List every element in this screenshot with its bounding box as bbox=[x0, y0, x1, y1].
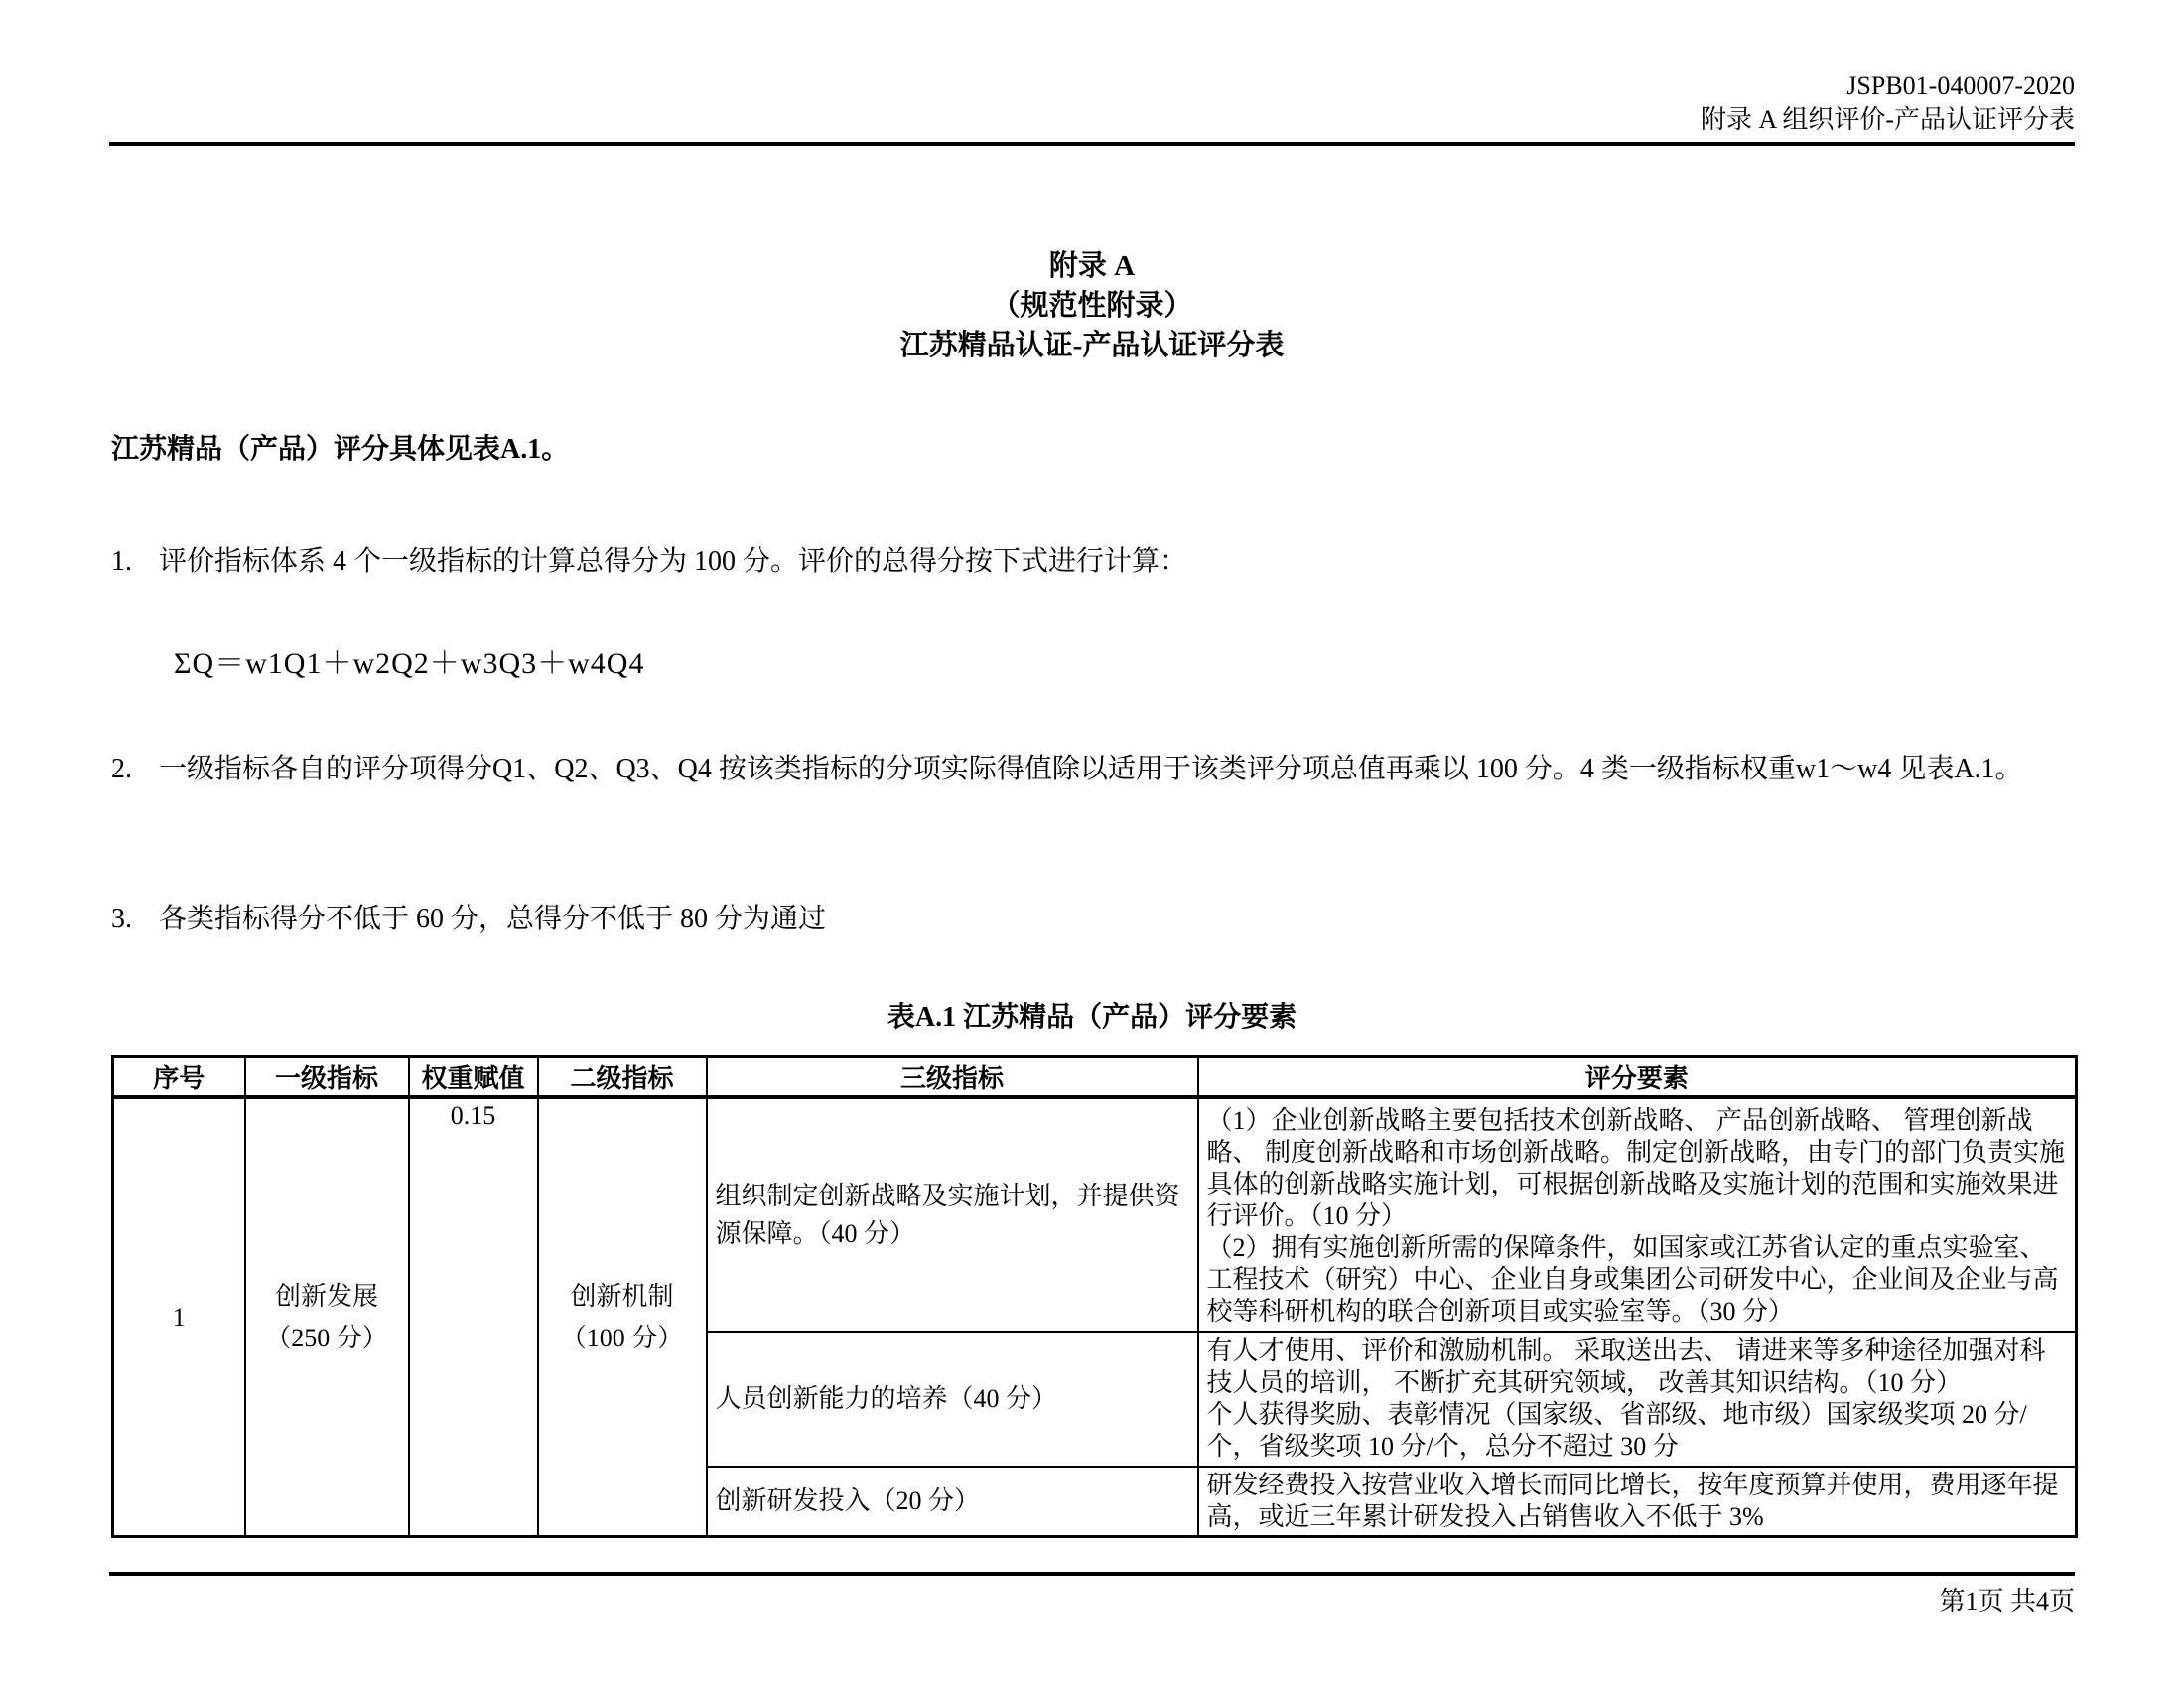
list-item-1: 1. 评价指标体系 4 个一级指标的计算总得分为 100 分。评价的总得分按下式… bbox=[111, 539, 2077, 584]
list-item-number: 2. bbox=[111, 747, 159, 791]
appendix-label: 附录 A bbox=[0, 246, 2184, 286]
list-item-3: 3. 各类指标得分不低于 60 分，总得分不低于 80 分为通过 bbox=[111, 897, 2077, 941]
cell-criteria-2: 有人才使用、评价和激励机制。 采取送出去、 请进来等多种途径加强对科技人员的培训… bbox=[1198, 1332, 2077, 1467]
table-header-row: 序号 一级指标 权重赋值 二级指标 三级指标 评分要素 bbox=[113, 1057, 2077, 1098]
cell-criteria-3: 研发经费投入按营业收入增长而同比增长，按年度预算并使用，费用逐年提高，或近三年累… bbox=[1198, 1467, 2077, 1537]
score-formula: ΣQ＝w1Q1＋w2Q2＋w3Q3＋w4Q4 bbox=[174, 638, 644, 682]
cell-level2-indicator: 创新机制 （100 分） bbox=[538, 1097, 707, 1537]
col-header-level2: 二级指标 bbox=[538, 1057, 707, 1098]
col-header-level3: 三级指标 bbox=[707, 1057, 1198, 1098]
doc-code: JSPB01-040007-2020 bbox=[1701, 70, 2075, 103]
cell-level3-indicator-1: 组织制定创新战略及实施计划，并提供资源保障。（40 分） bbox=[707, 1097, 1198, 1332]
list-item-number: 1. bbox=[111, 539, 159, 584]
list-item-number: 3. bbox=[111, 897, 159, 941]
cell-level1-indicator: 创新发展 （250 分） bbox=[245, 1097, 409, 1537]
cell-weight-value: 0.15 bbox=[409, 1097, 538, 1537]
cell-level3-indicator-3: 创新研发投入（20 分） bbox=[707, 1467, 1198, 1537]
cell-level3-indicator-2: 人员创新能力的培养（40 分） bbox=[707, 1332, 1198, 1467]
page-header: JSPB01-040007-2020 附录 A 组织评价-产品认证评分表 bbox=[1701, 70, 2075, 137]
col-header-criteria: 评分要素 bbox=[1198, 1057, 2077, 1098]
list-item-text: 各类指标得分不低于 60 分，总得分不低于 80 分为通过 bbox=[159, 897, 2077, 941]
table-row: 1 创新发展 （250 分） 0.15 创新机制 （100 分） 组织制定创新战… bbox=[113, 1097, 2077, 1332]
page-number: 第1页 共4页 bbox=[1939, 1581, 2075, 1618]
intro-paragraph: 江苏精品（产品）评分具体见表A.1。 bbox=[111, 427, 569, 467]
doc-subtitle: 附录 A 组织评价-产品认证评分表 bbox=[1701, 103, 2075, 137]
col-header-seq: 序号 bbox=[113, 1057, 245, 1098]
col-header-level1: 一级指标 bbox=[245, 1057, 409, 1098]
col-header-weight: 权重赋值 bbox=[409, 1057, 538, 1098]
appendix-name: 江苏精品认证-产品认证评分表 bbox=[0, 326, 2184, 365]
footer-rule bbox=[109, 1572, 2075, 1576]
cell-seq: 1 bbox=[113, 1097, 245, 1537]
document-page: JSPB01-040007-2020 附录 A 组织评价-产品认证评分表 附录 … bbox=[0, 0, 2184, 1688]
scoring-table: 序号 一级指标 权重赋值 二级指标 三级指标 评分要素 1 创新发展 （250 … bbox=[111, 1055, 2078, 1538]
list-item-text: 一级指标各自的评分项得分Q1、Q2、Q3、Q4 按该类指标的分项实际得值除以适用… bbox=[159, 747, 2077, 791]
appendix-type: （规范性附录） bbox=[0, 286, 2184, 326]
list-item-text: 评价指标体系 4 个一级指标的计算总得分为 100 分。评价的总得分按下式进行计… bbox=[159, 539, 2077, 584]
cell-criteria-1: （1）企业创新战略主要包括技术创新战略、 产品创新战略、 管理创新战略、 制度创… bbox=[1198, 1097, 2077, 1332]
list-item-2: 2. 一级指标各自的评分项得分Q1、Q2、Q3、Q4 按该类指标的分项实际得值除… bbox=[111, 747, 2077, 791]
header-rule bbox=[109, 142, 2075, 146]
title-block: 附录 A （规范性附录） 江苏精品认证-产品认证评分表 bbox=[0, 246, 2184, 365]
table-caption: 表A.1 江苏精品（产品）评分要素 bbox=[0, 995, 2184, 1035]
